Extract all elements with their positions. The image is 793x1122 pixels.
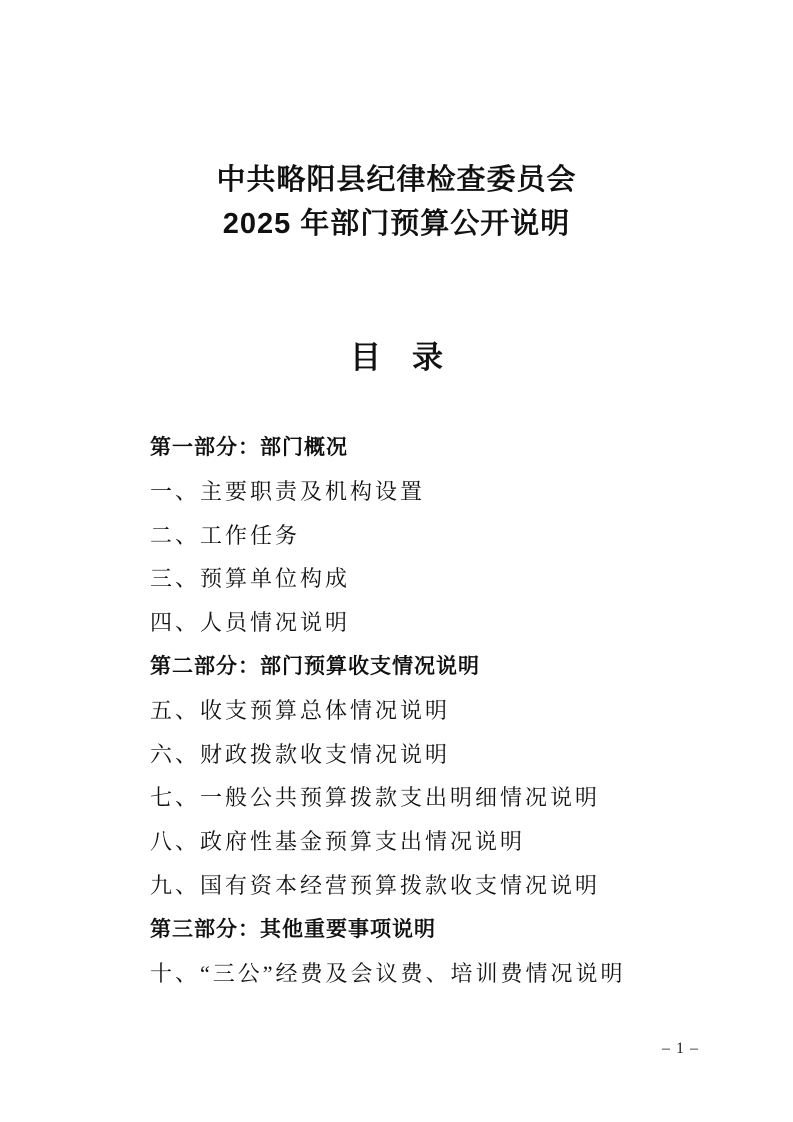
toc-section-part2: 第二部分：部门预算收支情况说明 xyxy=(150,645,710,689)
toc-section-part3: 第三部分：其他重要事项说明 xyxy=(150,908,710,952)
toc-entry-10: 十、“三公”经费及会议费、培训费情况说明 xyxy=(150,952,710,996)
toc-entry-8: 八、政府性基金预算支出情况说明 xyxy=(150,820,710,864)
document-title-line1: 中共略阳县纪律检查委员会 xyxy=(0,158,793,202)
toc-entry-7: 七、一般公共预算拨款支出明细情况说明 xyxy=(150,776,710,820)
document-title-line2: 2025 年部门预算公开说明 xyxy=(0,202,793,246)
table-of-contents: 第一部分：部门概况 一、主要职责及机构设置 二、工作任务 三、预算单位构成 四、… xyxy=(150,426,710,995)
toc-entry-9: 九、国有资本经营预算拨款收支情况说明 xyxy=(150,864,710,908)
document-title: 中共略阳县纪律检查委员会 2025 年部门预算公开说明 xyxy=(0,158,793,246)
page-number: – 1 – xyxy=(662,1040,699,1058)
toc-entry-6: 六、财政拨款收支情况说明 xyxy=(150,733,710,777)
toc-entry-5: 五、收支预算总体情况说明 xyxy=(150,689,710,733)
toc-entry-4: 四、人员情况说明 xyxy=(150,601,710,645)
document-page: 中共略阳县纪律检查委员会 2025 年部门预算公开说明 目 录 第一部分：部门概… xyxy=(0,0,793,1122)
toc-entry-3: 三、预算单位构成 xyxy=(150,557,710,601)
toc-section-part1: 第一部分：部门概况 xyxy=(150,426,710,470)
toc-heading: 目 录 xyxy=(0,338,793,378)
toc-entry-1: 一、主要职责及机构设置 xyxy=(150,470,710,514)
toc-entry-2: 二、工作任务 xyxy=(150,514,710,558)
